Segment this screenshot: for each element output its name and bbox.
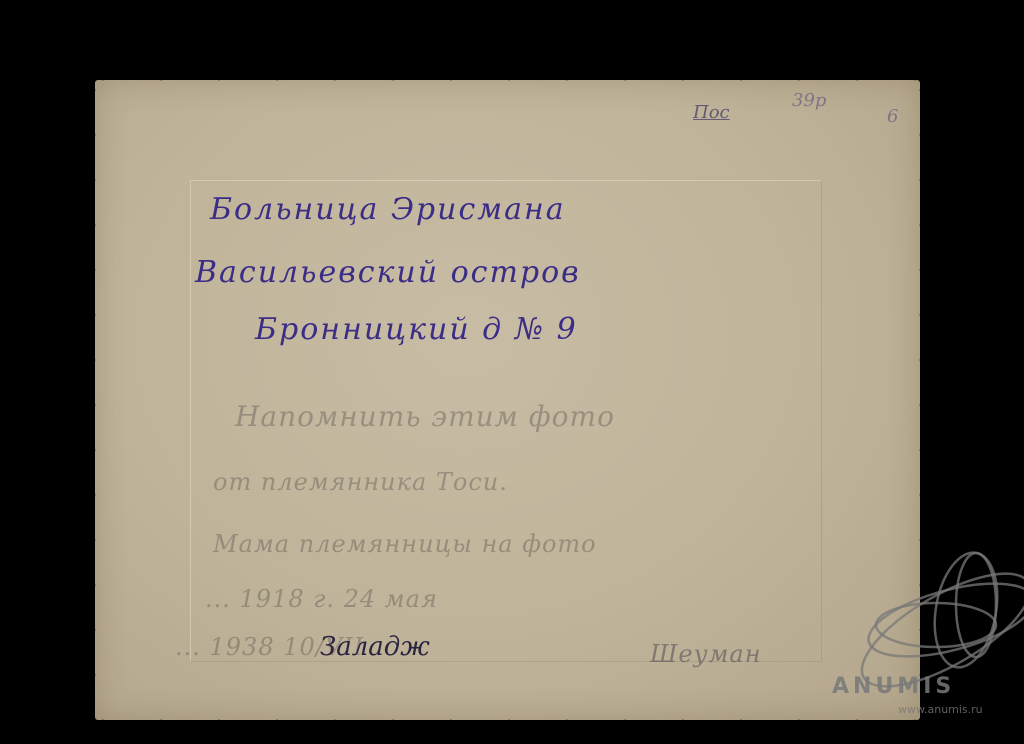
signature: Шеуман [650, 640, 762, 668]
watermark-url: www.anumis.ru [898, 703, 983, 716]
corner-stamp-mark: Пос [693, 102, 730, 123]
deckle-edge-left [92, 80, 98, 720]
watermark-brand: ANUMIS [832, 674, 955, 699]
dark-ink-word: Заладж [320, 632, 430, 662]
pencil-line-4: ... 1918 г. 24 мая [205, 585, 438, 613]
address-line-street: Бронницкий д № 9 [255, 312, 578, 347]
deckle-edge-top [95, 77, 920, 83]
pencil-line-3: Мама племянницы на фото [213, 530, 597, 558]
address-line-island: Васильевский остров [195, 255, 581, 290]
pencil-line-1: Напомнить этим фото [235, 400, 615, 433]
deckle-edge-bottom [95, 717, 920, 723]
pencil-line-2: от племянника Тоси. [213, 468, 508, 496]
photo-card-back: Пос 39р 6 Больница Эрисмана Васильевский… [95, 80, 920, 720]
address-line-hospital: Больница Эрисмана [210, 192, 566, 227]
corner-note-top-right: 39р [792, 90, 826, 111]
corner-edge-number: 6 [887, 106, 898, 127]
